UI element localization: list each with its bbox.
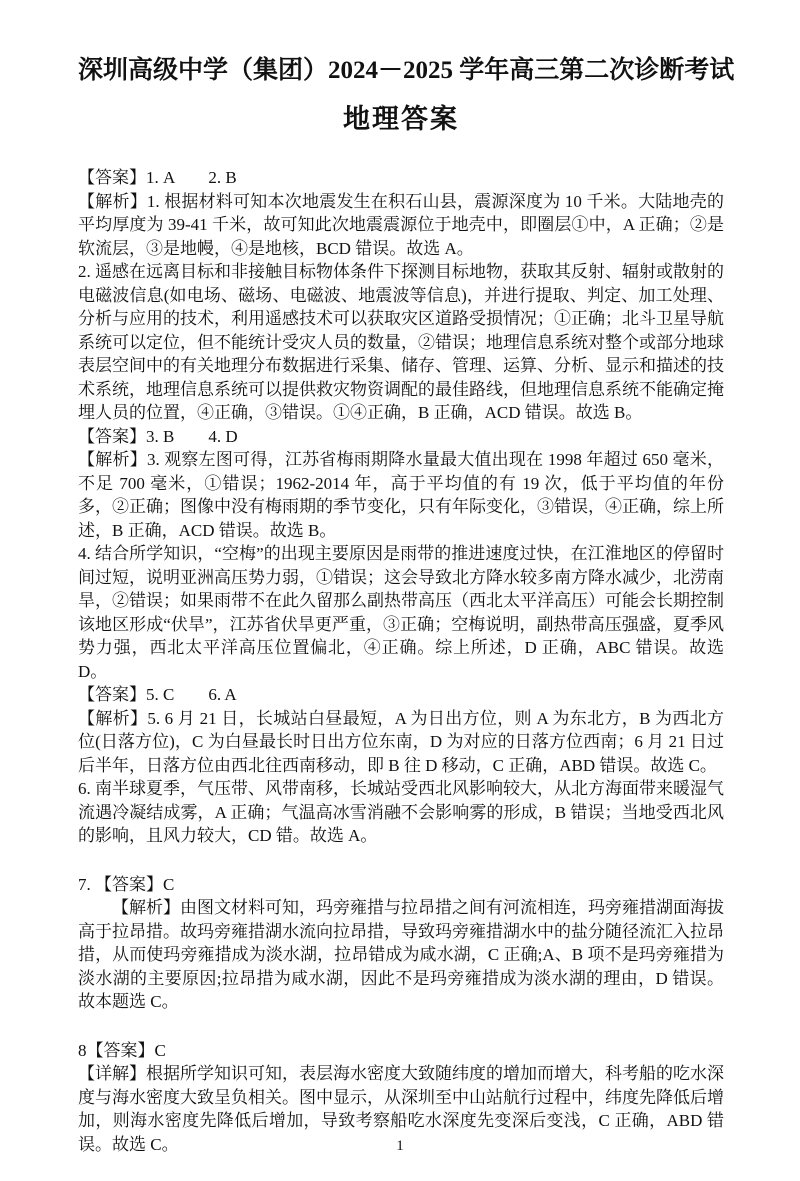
document-body: 【答案】1. A 2. B 【解析】1. 根据材料可知本次地震发生在积石山县，震… [78, 166, 724, 1156]
answer-line-q3-q4: 【答案】3. B 4. D [78, 425, 724, 449]
explanation-q1: 【解析】1. 根据材料可知本次地震发生在积石山县，震源深度为 10 千米。大陆地… [78, 190, 724, 261]
page-number: 1 [0, 1138, 800, 1155]
explanation-q3: 【解析】3. 观察左图可得，江苏省梅雨期降水量最大值出现在 1998 年超过 6… [78, 448, 724, 542]
explanation-q5: 【解析】5. 6 月 21 日，长城站白昼最短，A 为日出方位，则 A 为东北方… [78, 707, 724, 778]
explanation-q2: 2. 遥感在远离目标和非接触目标物体条件下探测目标地物，获取其反射、辐射或散射的… [78, 260, 724, 425]
explanation-q7: 【解析】由图文材料可知，玛旁雍措与拉昂措之间有河流相连，玛旁雍措湖面海拔高于拉昂… [78, 896, 724, 1014]
answer-line-q5-q6: 【答案】5. C 6. A [78, 683, 724, 707]
document-page: 深圳高级中学（集团）2024－2025 学年高三第二次诊断考试 地理答案 【答案… [0, 0, 800, 1181]
exam-title: 深圳高级中学（集团）2024－2025 学年高三第二次诊断考试 [78, 54, 724, 87]
answer-line-q1-q2: 【答案】1. A 2. B [78, 166, 724, 190]
answer-line-q7: 7. 【答案】C [78, 873, 724, 897]
answer-line-q8: 8【答案】C [78, 1039, 724, 1063]
answer-sheet-title: 地理答案 [78, 102, 724, 137]
explanation-q4: 4. 结合所学知识，“空梅”的出现主要原因是雨带的推进速度过快，在江淮地区的停留… [78, 542, 724, 683]
explanation-q6: 6. 南半球夏季，气压带、风带南移，长城站受西北风影响较大，从北方海面带来暖湿气… [78, 777, 724, 848]
